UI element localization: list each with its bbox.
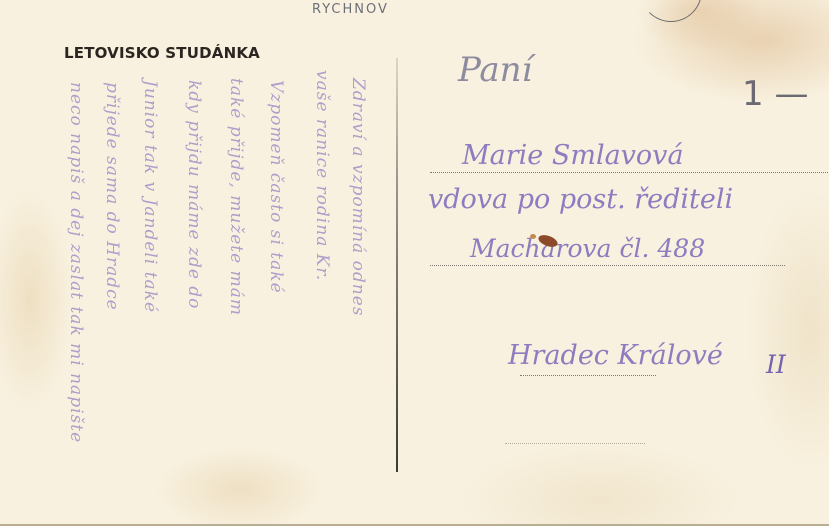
message-line: Vzpomeň často si také bbox=[266, 80, 286, 294]
card-bottom-edge bbox=[0, 524, 829, 526]
postcard-back: RYCHNOV LETOVISKO STUDÁNKA Zdraví a vzpo… bbox=[0, 0, 829, 526]
message-line: vaše ranice rodina Kr. bbox=[312, 70, 332, 281]
message-line: Junior tak v Jandeli také bbox=[140, 80, 160, 313]
message-line: neco napiš a dej zaslat tak mi napište bbox=[66, 82, 86, 443]
message-line: také přijde, mužete mám bbox=[226, 78, 246, 316]
address-dotted-line bbox=[520, 375, 656, 376]
address-dotted-line bbox=[430, 172, 828, 173]
address-salutation: Paní bbox=[458, 50, 532, 90]
message-line: přijede sama do Hradce bbox=[102, 82, 122, 311]
address-city: Hradec Králové bbox=[508, 340, 723, 371]
center-divider-line bbox=[396, 58, 398, 472]
address-dotted-line bbox=[505, 443, 645, 444]
message-line: kdy přijdu máme zde do bbox=[184, 80, 204, 309]
rubber-stamp-text: RYCHNOV bbox=[312, 2, 389, 17]
pencil-mark: 1 — bbox=[742, 74, 808, 114]
address-district: II bbox=[766, 350, 786, 379]
address-line-title: vdova po post. řediteli bbox=[428, 184, 733, 215]
ink-stain bbox=[530, 234, 536, 239]
postmark-arc bbox=[640, 0, 702, 22]
address-line-name: Marie Smlavová bbox=[462, 140, 684, 171]
address-dotted-line bbox=[430, 265, 785, 266]
address-line-street: Macharova čl. 488 bbox=[470, 234, 705, 263]
message-line: Zdraví a vzpomíná odnes bbox=[348, 78, 368, 317]
handwritten-message: Zdraví a vzpomíná odnes vaše ranice rodi… bbox=[30, 60, 380, 520]
